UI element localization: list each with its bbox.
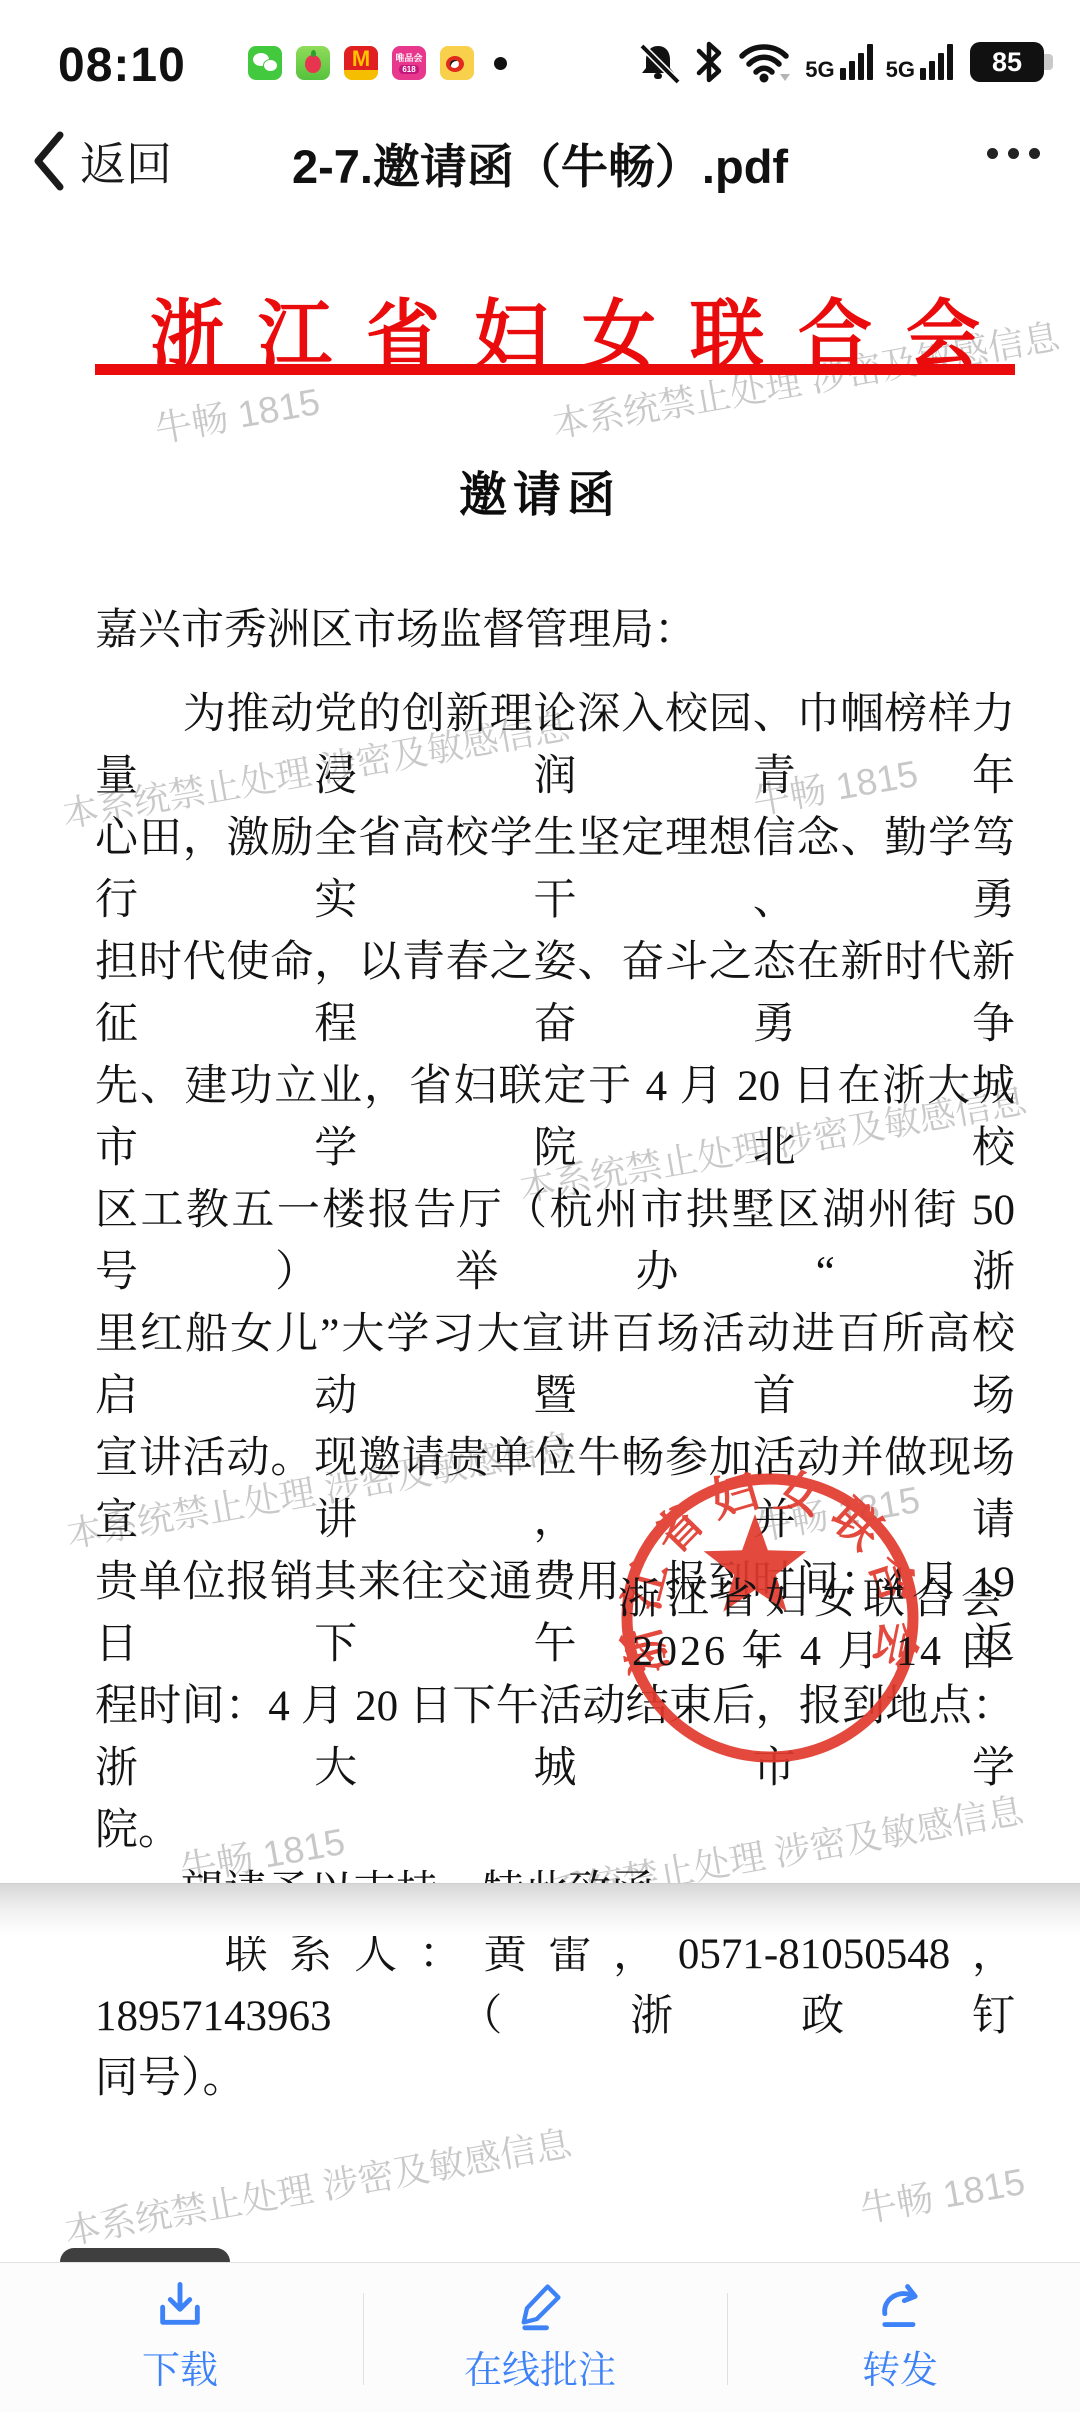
watermark-text: 牛畅 1815 — [855, 2151, 1028, 2233]
letter-title: 邀请函 — [459, 456, 621, 525]
header-rule — [95, 364, 1015, 375]
recipient-line: 嘉兴市秀洲区市场监督管理局： — [95, 600, 1015, 662]
signal-5g-icon: 5G — [805, 44, 872, 80]
signal-5g-icon: 5G — [886, 44, 953, 80]
bluetooth-icon — [695, 40, 723, 84]
body-line: 担时代使命，以青春之姿、奋斗之态在新时代新征程奋勇争 — [95, 932, 1015, 1056]
body-line: 院。 — [95, 1800, 1015, 1862]
page-separator — [0, 1883, 1080, 1936]
annotate-button[interactable]: 在线批注 — [360, 2263, 720, 2412]
watermark-text: 牛畅 1815 — [150, 371, 323, 453]
more-ellipsis-icon[interactable] — [987, 148, 1040, 159]
status-bar: 08:10 M 唯品会 618 — [0, 0, 1080, 100]
toolbar-divider — [363, 2293, 364, 2385]
download-label: 下载 — [142, 2339, 218, 2394]
bell-muted-icon — [634, 40, 682, 84]
notification-dot-icon — [494, 57, 507, 70]
back-button[interactable]: 返回 — [30, 128, 172, 194]
battery-icon: 85 — [970, 42, 1044, 82]
download-button[interactable]: 下载 — [0, 2263, 360, 2412]
forward-label: 转发 — [862, 2339, 938, 2394]
annotate-pencil-icon — [514, 2279, 566, 2331]
weibo-app-icon — [440, 46, 474, 80]
download-icon — [154, 2279, 206, 2331]
body-line: 为推动党的创新理论深入校园、巾帼榜样力量浸润青年 — [95, 684, 1015, 808]
body-line: 里红船女儿”大学习大宣讲百场活动进百所高校启动暨首场 — [95, 1304, 1015, 1428]
bottom-toolbar: 下载 在线批注 转发 — [0, 2262, 1080, 2412]
notification-app-icons: M 唯品会 618 — [248, 46, 507, 80]
forward-icon — [874, 2279, 926, 2331]
produce-app-icon — [296, 46, 330, 80]
wifi-icon — [736, 40, 792, 84]
watermark-text: 本系统禁止处理 涉密及敏感信息 — [60, 2116, 575, 2255]
signature-date: 2026 年 4 月 14 日 — [632, 1618, 1003, 1678]
annotate-label: 在线批注 — [464, 2339, 616, 2394]
mcdonalds-app-icon: M — [344, 46, 378, 80]
nav-bar: 返回 2-7.邀请函（牛畅）.pdf — [0, 100, 1080, 250]
body-line: 先、建功立业，省妇联定于 4 月 20 日在浙大城市学院北校 — [95, 1056, 1015, 1180]
forward-button[interactable]: 转发 — [720, 2263, 1080, 2412]
vip-app-icon: 唯品会 618 — [392, 46, 426, 80]
body-line: 区工教五一楼报告厅（杭州市拱墅区湖州街 50 号）举办“浙 — [95, 1180, 1015, 1304]
back-label: 返回 — [80, 128, 172, 194]
wechat-app-icon — [248, 46, 282, 80]
battery-percent: 85 — [992, 47, 1022, 78]
body-line: 联系人：黄雷，0571-81050548，18957143963（浙政钉 — [95, 1924, 1015, 2048]
body-line: 同号）。 — [95, 2048, 1015, 2110]
body-line: 心田，激励全省高校学生坚定理想信念、勤学笃行实干、勇 — [95, 808, 1015, 932]
toolbar-divider — [727, 2293, 728, 2385]
file-title: 2-7.邀请函（牛畅）.pdf — [292, 130, 788, 197]
status-icons: 5G 5G 85 — [634, 40, 1044, 84]
chevron-left-icon — [30, 130, 66, 192]
pdf-page[interactable]: 牛畅 1815本系统禁止处理 涉密及敏感信息本系统禁止处理 涉密及敏感信息牛畅 … — [0, 250, 1080, 2262]
signature-org: 浙江省妇女联合会 — [618, 1566, 1010, 1626]
clock: 08:10 — [58, 38, 186, 93]
phone-screen: 08:10 M 唯品会 618 — [0, 0, 1080, 2412]
